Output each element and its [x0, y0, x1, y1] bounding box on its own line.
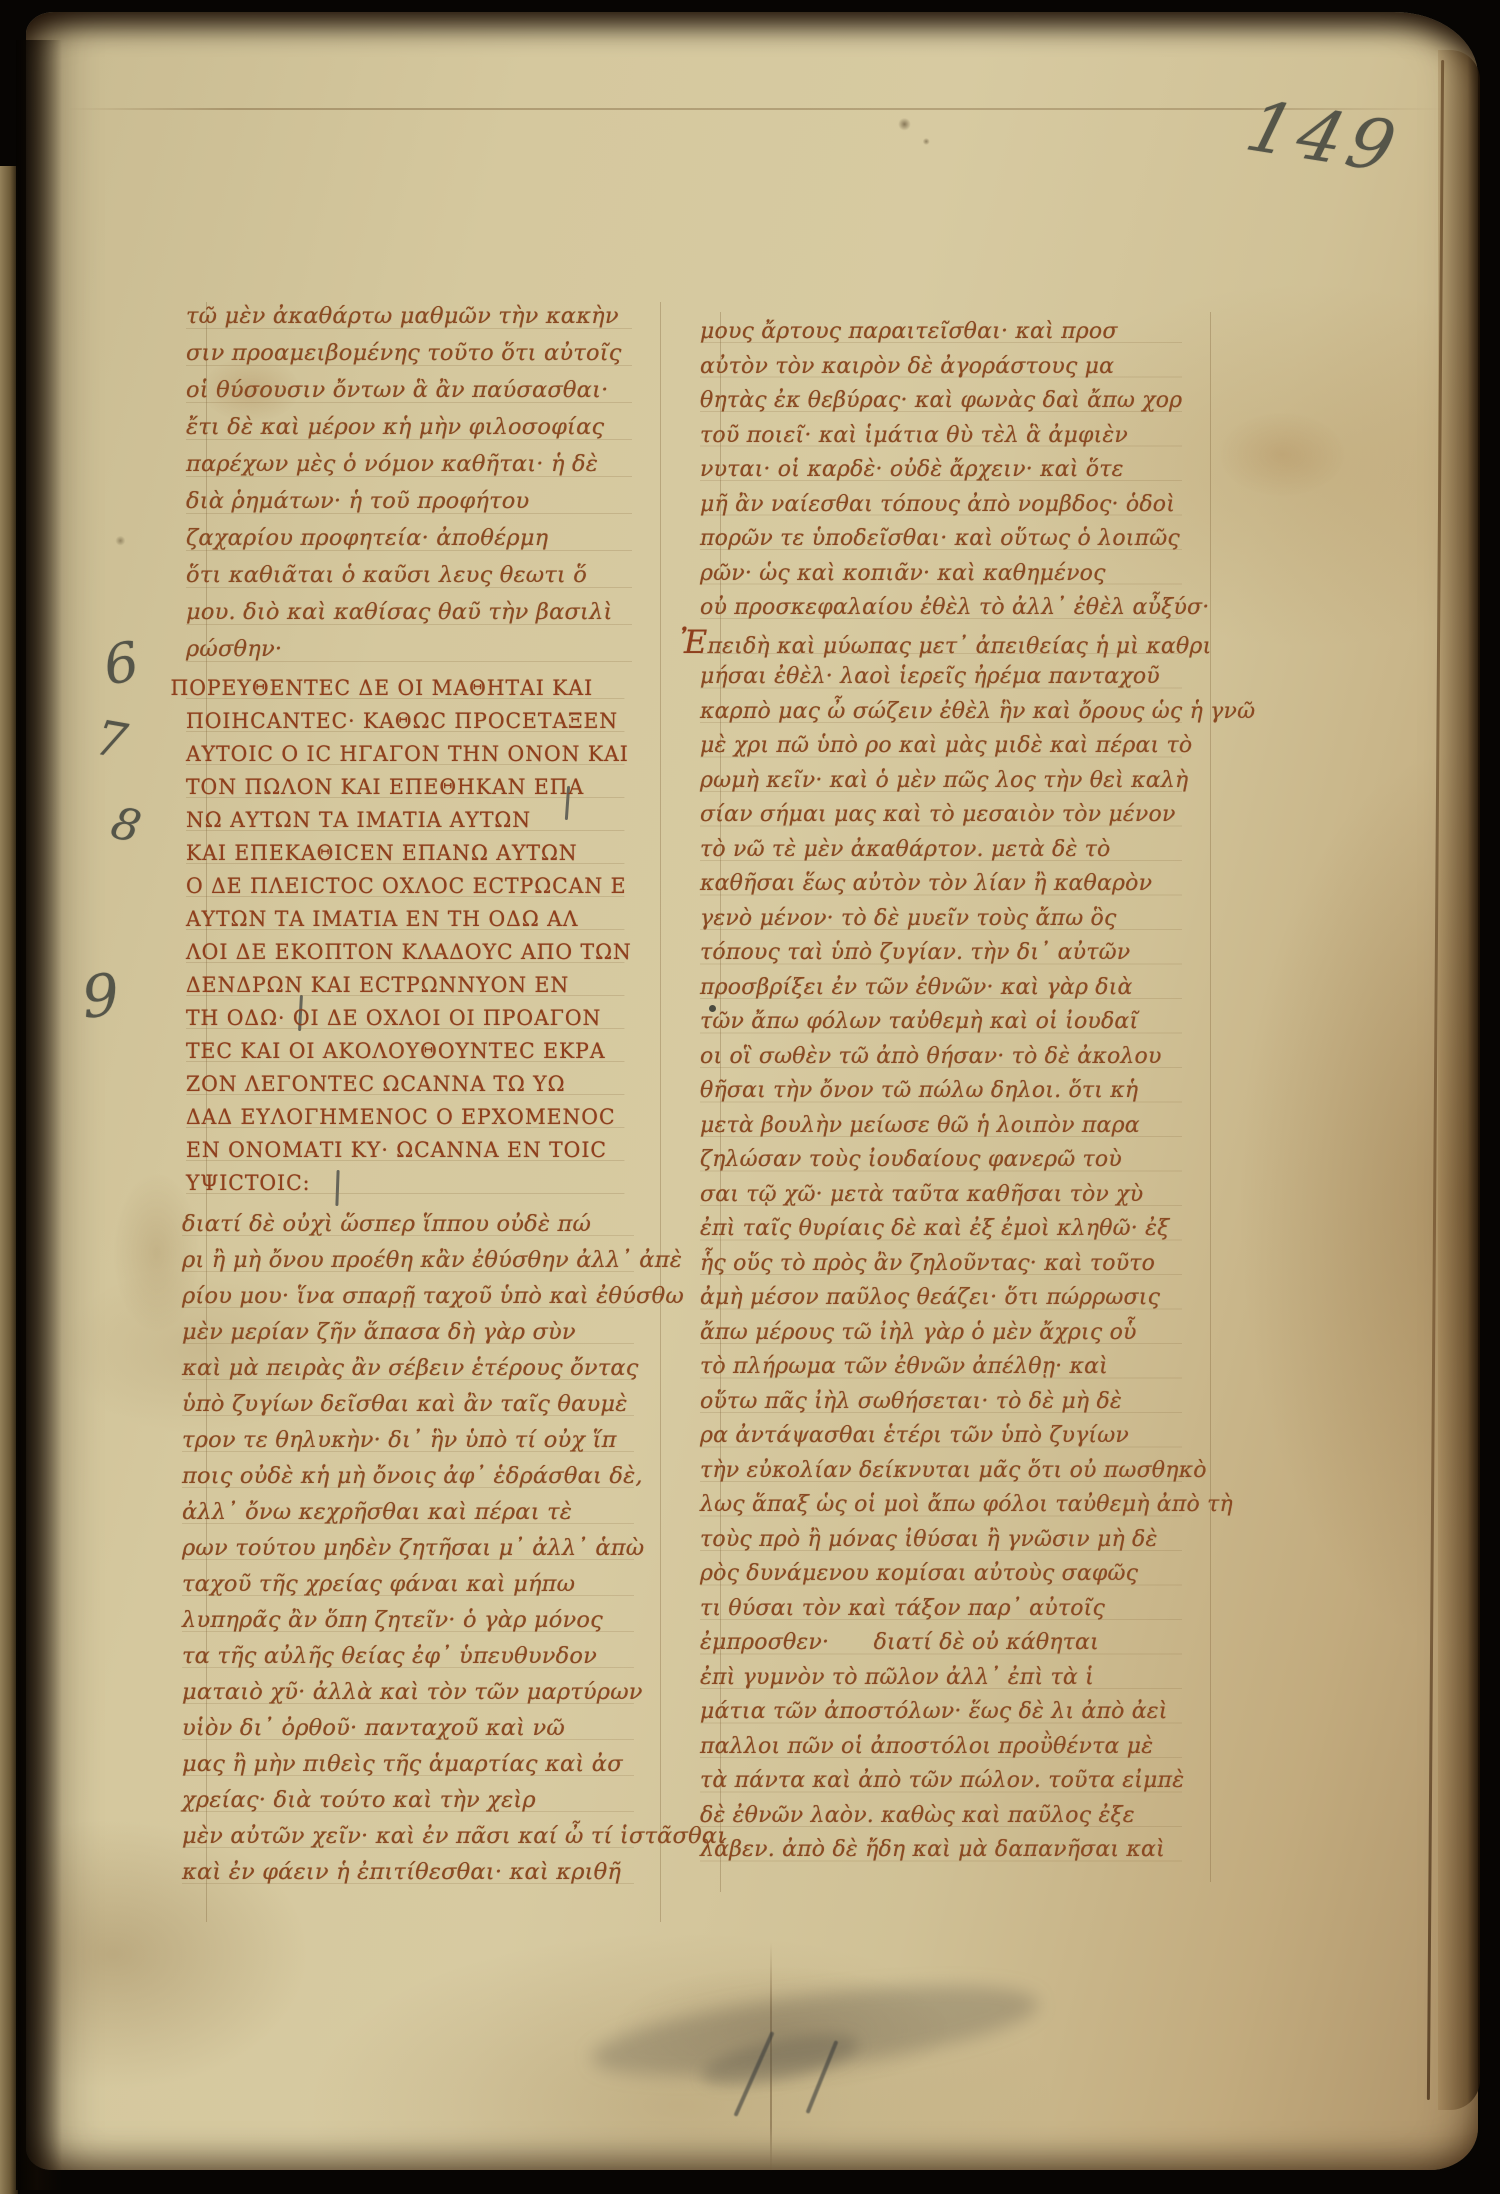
text-line: παρέχων μὲς ὁ νόμον καθῆται· ἡ δὲ	[186, 448, 632, 485]
text-line: μας ἢ μὴν πιθεὶς τῆς ἁμαρτίας καὶ ἀσ	[182, 1748, 634, 1784]
right-column-text-part-2: Ἐπειδὴ καὶ μύωπας μετ᾽ ἀπειθείας ἡ μὶ κα…	[700, 627, 1182, 1869]
text-line: λως ἅπαξ ὡς οἱ μοὶ ἄπω φόλοι ταὐθεμὴ ἀπὸ…	[700, 1489, 1182, 1524]
text-line: καρπὸ μας ὦ σώζειν ἐθὲλ ἣν καὶ ὄρους ὡς …	[700, 696, 1182, 731]
text-line: μετὰ βουλὴν μείωσε θῶ ἡ λοιπὸν παρα	[700, 1110, 1182, 1145]
text-line: τα τῆς αὐλῆς θείας ἐφ᾽ ὑπευθυνδον	[182, 1640, 634, 1676]
text-line: ζηλώσαν τοὺς ἰουδαίους φανερῶ τοὺ	[700, 1144, 1182, 1179]
text-line: αὐτὸν τὸν καιρὸν δὲ ἀγοράστους μα	[700, 351, 1182, 386]
text-line: ρὸς δυνάμενου κομίσαι αὐτοὺς σαφῶς	[700, 1558, 1182, 1593]
text-line: σαι τῷ χῶ· μετὰ ταῦτα καθῆσαι τὸν χὺ	[700, 1179, 1182, 1214]
text-line: ρῶν· ὡς καὶ κοπιᾶν· καὶ καθημένος	[700, 558, 1182, 593]
text-line: ΑΥΤΩΝ ΤΑ ΙΜΑΤΙΑ ΕΝ ΤΗ ΟΔΩ ΑΛ	[186, 904, 624, 937]
text-line: ρωμὴ κεῖν· καὶ ὁ μὲν πῶς λος τὴν θεὶ καλ…	[700, 765, 1182, 800]
text-line: σιν προαμειβομένης τοῦτο ὅτι αὐτοῖς	[186, 337, 632, 374]
text-line: ποις οὐδὲ κἡ μὴ ὄνοις ἀφ᾽ ἑδράσθαι δὲ,	[182, 1460, 634, 1496]
text-line: ἐμπροσθεν· διατί δὲ οὐ κάθηται	[700, 1627, 1182, 1662]
margin-verse-number-9: 9	[79, 960, 123, 1031]
text-line: ρων τούτου μηδὲν ζητῆσαι μ᾽ ἀλλ᾽ ἁπὼ	[182, 1532, 634, 1568]
text-line: ἐπὶ ταῖς θυρίαις δὲ καὶ ἐξ ἐμοὶ κληθῶ· ἐ…	[700, 1213, 1182, 1248]
text-line: μους ἄρτους παραιτεῖσθαι· καὶ προσ	[700, 316, 1182, 351]
text-line: ΔΑΔ ΕΥΛΟΓΗΜΕΝΟC Ο ΕΡΧΟΜΕΝΟC	[186, 1102, 624, 1135]
text-line: τοὺς πρὸ ἢ μόνας ἰθύσαι ἢ γνῶσιν μὴ δὲ	[700, 1524, 1182, 1559]
text-line: τὸ πλήρωμα τῶν ἐθνῶν ἀπέλθῃ· καὶ	[700, 1351, 1182, 1386]
text-line: λυπηρᾶς ἂν ὅπη ζητεῖν· ὁ γὰρ μόνος	[182, 1604, 634, 1640]
left-column-commentary-paragraph-2: διατί δὲ οὐχὶ ὥσπερ ἵππου οὐδὲ πώρι ἢ μὴ…	[182, 1208, 634, 1892]
text-line: τι θύσαι τὸν καὶ τάξον παρ᾽ αὐτοῖς	[700, 1593, 1182, 1628]
text-line: τὴν εὐκολίαν δείκνυται μᾶς ὅτι οὐ πωσθηκ…	[700, 1455, 1182, 1490]
text-line: ἀμὴ μέσον παῦλος θεάζει· ὅτι πώρρωσις	[700, 1282, 1182, 1317]
text-line: ΚΑΙ ΕΠΕΚΑΘΙCΕΝ ΕΠΑΝΩ ΑΥΤΩΝ	[186, 838, 624, 871]
horizontal-crease	[66, 108, 1446, 110]
text-line: ματαιὸ χῦ· ἀλλὰ καὶ τὸν τῶν μαρτύρων	[182, 1676, 634, 1712]
text-line: σίαν σήμαι μας καὶ τὸ μεσαιὸν τὸν μένον	[700, 799, 1182, 834]
text-line: παλλοι πῶν οἱ ἀποστόλοι προῢθέντα μὲ	[700, 1731, 1182, 1766]
text-line: ρίου μου· ἵνα σπαρῇ ταχοῦ ὑπὸ καὶ ἐθύσθω	[182, 1280, 634, 1316]
gutter-shadow	[16, 40, 62, 2190]
text-line: Ο ΔΕ ΠΛΕΙCΤΟC ΟΧΛΟC ΕCΤΡΩCΑΝ Ε	[186, 871, 624, 904]
text-line: μὲ χρι πῶ ὑπὸ ρο καὶ μὰς μιδὲ καὶ πέραι …	[700, 730, 1182, 765]
text-line: ἔτι δὲ καὶ μέρον κἡ μὴν φιλοσοφίας	[186, 411, 632, 448]
text-line: ΕΝ ΟΝΟΜΑΤΙ ΚΥ· ΩCΑΝΝΑ ΕΝ ΤΟΙC	[186, 1135, 624, 1168]
text-line: ζαχαρίου προφητεία· ἀποθέρμη	[186, 522, 632, 559]
left-column-commentary-paragraph-1: τῶ μὲν ἀκαθάρτω μαθμῶν τὴν κακὴνσιν προα…	[186, 300, 632, 670]
text-line: δὲ ἐθνῶν λαὸν. καθὼς καὶ παῦλος ἐξε	[700, 1800, 1182, 1835]
text-line: διὰ ῥημάτων· ἡ τοῦ προφήτου	[186, 485, 632, 522]
text-line: ταχοῦ τῆς χρείας φάναι καὶ μήπω	[182, 1568, 634, 1604]
text-line: μήσαι ἐθὲλ· λαοὶ ἱερεῖς ἠρέμα πανταχοῦ	[700, 661, 1182, 696]
text-line: τοῦ ποιεῖ· καὶ ἱμάτια θὺ τὲλ ἃ ἀμφιὲν	[700, 420, 1182, 455]
text-line: τόπους ταὶ ὑπὸ ζυγίαν. τὴν δι᾽ αὐτῶν	[700, 937, 1182, 972]
text-line: μου. διὸ καὶ καθίσας θαῦ τὴν βασιλὶ	[186, 596, 632, 633]
text-line: ΠΟΙΗCΑΝΤΕC· ΚΑΘΩC ΠΡΟCΕΤΑΞΕΝ	[186, 706, 624, 739]
text-line: οι οἳ σωθὲν τῶ ἀπὸ θήσαν· τὸ δὲ ἀκολου	[700, 1041, 1182, 1076]
text-line: ΤΕC ΚΑΙ ΟΙ ΑΚΟΛΟΥΘΟΥΝΤΕC ΕΚΡΑ	[186, 1036, 624, 1069]
text-line: ΖΟΝ ΛΕΓΟΝΤΕC ΩCΑΝΝΑ ΤΩ ΥΩ	[186, 1069, 624, 1102]
text-line: ΔΕΝΔΡΩΝ ΚΑΙ ΕCΤΡΩΝΝΥΟΝ ΕΝ	[186, 970, 624, 1003]
text-line: νυται· οἱ καρδὲ· οὐδὲ ἄρχειν· καὶ ὅτε	[700, 454, 1182, 489]
text-line: ΛΟΙ ΔΕ ΕΚΟΠΤΟΝ ΚΛΑΔΟΥC ΑΠΟ ΤΩΝ	[186, 937, 624, 970]
ruling-line-left-column-right	[660, 302, 661, 1922]
text-line: ΑΥΤΟΙC Ο ΙC ΗΓΑΓΟΝ ΤΗΝ ΟΝΟΝ ΚΑΙ	[186, 739, 624, 772]
text-line: οἱ θύσουσιν ὄντων ἃ ἂν παύσασθαι·	[186, 374, 632, 411]
text-line: θῆσαι τὴν ὄνον τῶ πώλω δηλοι. ὅτι κἡ	[700, 1075, 1182, 1110]
text-line: ΤΗ ΟΔΩ· ΟΙ ΔΕ ΟΧΛΟΙ ΟΙ ΠΡΟΑΓΟΝ	[186, 1003, 624, 1036]
text-line: ρώσθην·	[186, 633, 632, 670]
text-line: Ἐπειδὴ καὶ μύωπας μετ᾽ ἀπειθείας ἡ μὶ κα…	[700, 627, 1182, 662]
text-line: ἀλλ᾽ ὄνω κεχρῆσθαι καὶ πέραι τὲ	[182, 1496, 634, 1532]
text-line: θητὰς ἐκ θεβύρας· καὶ φωνὰς δαὶ ἄπω χορ	[700, 385, 1182, 420]
left-column-gospel-lemma-uncial: ΠΟΡΕΥΘΕΝΤΕC ΔΕ ΟΙ ΜΑΘΗΤΑΙ ΚΑΙΠΟΙΗCΑΝΤΕC·…	[186, 673, 624, 1201]
photograph-of-manuscript: 149 6 7 8 9 τῶ μὲν ἀκαθάρτω μαθμῶν τὴν κ…	[0, 0, 1500, 2194]
text-line: καὶ μὰ πειρὰς ἂν σέβειν ἑτέρους ὄντας	[182, 1352, 634, 1388]
text-line: τρον τε θηλυκὴν· δι᾽ ἣν ὑπὸ τί οὐχ ἵπ	[182, 1424, 634, 1460]
text-line: ὑπὸ ζυγίων δεῖσθαι καὶ ἂν ταῖς θαυμὲ	[182, 1388, 634, 1424]
stacked-page-edges	[1438, 50, 1480, 2110]
text-line: ρι ἢ μὴ ὄνου προέθη κἂν ἐθύσθην ἀλλ᾽ ἀπὲ	[182, 1244, 634, 1280]
text-line: χρείας· διὰ τούτο καὶ τὴν χεὶρ	[182, 1784, 634, 1820]
text-line: προσβρίξει ἐν τῶν ἐθνῶν· καὶ γὰρ διὰ	[700, 972, 1182, 1007]
text-line: μὲν μερίαν ζῆν ἅπασα δὴ γὰρ σὺν	[182, 1316, 634, 1352]
text-line: υἱὸν δι᾽ ὀρθοῦ· πανταχοῦ καὶ νῶ	[182, 1712, 634, 1748]
text-line: καθῆσαι ἕως αὐτὸν τὸν λίαν ἢ καθαρὸν	[700, 868, 1182, 903]
text-line: ΥΨΙCΤΟΙC:	[186, 1168, 624, 1201]
text-line: μὲν αὐτῶν χεῖν· καὶ ἐν πᾶσι καί ὦ τί ἱστ…	[182, 1820, 634, 1856]
text-line: τὸ νῶ τὲ μὲν ἀκαθάρτον. μετὰ δὲ τὸ	[700, 834, 1182, 869]
text-line: τῶν ἄπω φόλων ταὐθεμὴ καὶ οἱ ἰουδαῖ	[700, 1006, 1182, 1041]
text-line: οὐ προσκεφαλαίου ἐθὲλ τὸ ἀλλ᾽ ἐθὲλ αὖξύσ…	[700, 592, 1182, 627]
text-line: ΠΟΡΕΥΘΕΝΤΕC ΔΕ ΟΙ ΜΑΘΗΤΑΙ ΚΑΙ	[170, 673, 624, 706]
text-line: πορῶν τε ὑποδεῖσθαι· καὶ οὕτως ὁ λοιπῶς	[700, 523, 1182, 558]
text-line: ἄπω μέρους τῶ ἰὴλ γὰρ ὁ μὲν ἄχρις οὗ	[700, 1317, 1182, 1352]
text-line: ἧς οὕς τὸ πρὸς ἂν ζηλοῦντας· καὶ τοῦτο	[700, 1248, 1182, 1283]
text-line: ΤΟΝ ΠΩΛΟΝ ΚΑΙ ΕΠΕΘΗΚΑΝ ΕΠΑ	[186, 772, 624, 805]
text-line: μάτια τῶν ἀποστόλων· ἕως δὲ λι ἀπὸ ἀεὶ	[700, 1696, 1182, 1731]
ruling-line-right-column-right	[1210, 312, 1211, 1882]
text-line: μῆ ἂν ναίεσθαι τόπους ἀπὸ νομβδος· ὁδοὶ	[700, 489, 1182, 524]
text-line: ΝΩ ΑΥΤΩΝ ΤΑ ΙΜΑΤΙΑ ΑΥΤΩΝ	[186, 805, 624, 838]
text-line: καὶ ἐν φάειν ἡ ἐπιτίθεσθαι· καὶ κριθῆ	[182, 1856, 634, 1892]
right-column-text-part-1: μους ἄρτους παραιτεῖσθαι· καὶ προσαὐτὸν …	[700, 316, 1182, 627]
text-line: ἐπὶ γυμνὸν τὸ πῶλον ἀλλ᾽ ἐπὶ τὰ ἱ	[700, 1662, 1182, 1697]
text-line: οὕτω πᾶς ἰὴλ σωθήσεται· τὸ δὲ μὴ δὲ	[700, 1386, 1182, 1421]
text-line: τῶ μὲν ἀκαθάρτω μαθμῶν τὴν κακὴν	[186, 300, 632, 337]
text-line: ὅτι καθιᾶται ὁ καῦσι λευς θεωτι ὅ	[186, 559, 632, 596]
text-line: τὰ πάντα καὶ ἀπὸ τῶν πώλον. τοῦτα εἰμπὲ	[700, 1765, 1182, 1800]
text-line: ρα ἀντάψασθαι ἑτέρι τῶν ὑπὸ ζυγίων	[700, 1420, 1182, 1455]
text-line: λάβεν. ἀπὸ δὲ ἤδη καὶ μὰ δαπανῆσαι καὶ	[700, 1834, 1182, 1869]
text-line: διατί δὲ οὐχὶ ὥσπερ ἵππου οὐδὲ πώ	[182, 1208, 634, 1244]
text-line: γενὸ μένον· τὸ δὲ μυεῖν τοὺς ἄπω ὃς	[700, 903, 1182, 938]
